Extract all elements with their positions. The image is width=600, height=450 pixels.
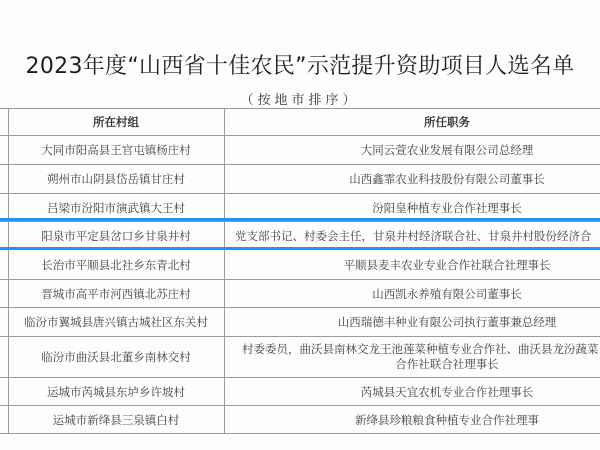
table-column-divider (8, 108, 9, 434)
document-subtitle: （按地市排序） (0, 89, 600, 108)
village-cell: 阳泉市平定县岔口乡甘泉井村 (8, 222, 224, 249)
table-row: 大同市阳高县王官屯镇杨庄村 大同云萱农业发展有限公司总经理 (0, 135, 600, 164)
position-cell: 平顺县麦丰农业专业合作社联合社理事长 (224, 250, 600, 279)
position-header: 所任职务 (224, 109, 600, 135)
document-title: 2023年度“山西省十佳农民”示范提升资助项目人选名单 (0, 49, 600, 80)
table-row: 运城市芮城县东垆乡许坡村 芮城县天宜农机专业合作社理事长 (0, 377, 600, 405)
village-cell: 晋城市高平市河西镇北苏庄村 (8, 280, 224, 307)
position-cell: 山西凯永养殖有限公司董事长 (224, 280, 600, 307)
index-header-cell (0, 109, 8, 135)
position-cell: 大同云萱农业发展有限公司总经理 (224, 136, 600, 164)
position-line-1: 村委委员，曲沃县南林交龙王池莲菜种植专业合作社、曲沃县龙汾蔬菜 (224, 342, 600, 357)
table-row: 临汾市翼城县唐兴镇古城社区东关村 山西瑞德丰种业有限公司执行董事兼总经理 (0, 307, 600, 336)
table-row: 吕梁市汾阳市演武镇大王村 汾阳皇种植专业合作社理事长 (0, 193, 600, 221)
table-header-row: 所在村组 所任职务 (0, 108, 600, 135)
table-row: 晋城市高平市河西镇北苏庄村 山西凯永养殖有限公司董事长 (0, 279, 600, 307)
village-header: 所在村组 (8, 109, 224, 135)
position-cell: 新绛县珍粮粮食种植专业合作社理事 (224, 406, 600, 433)
table-row: 朔州市山阴县岱岳镇甘庄村 山西鑫霏农业科技股份有限公司董事长 (0, 164, 600, 193)
village-cell: 吕梁市汾阳市演武镇大王村 (8, 194, 224, 221)
table-column-divider (224, 108, 225, 434)
table-row: 临汾市曲沃县北董乡南林交村 村委委员，曲沃县南林交龙王池莲菜种植专业合作社、曲沃… (0, 336, 600, 377)
village-cell: 大同市阳高县王官屯镇杨庄村 (8, 136, 224, 164)
position-cell: 山西鑫霏农业科技股份有限公司董事长 (224, 165, 600, 193)
position-cell: 山西瑞德丰种业有限公司执行董事兼总经理 (224, 308, 600, 336)
position-cell: 汾阳皇种植专业合作社理事长 (224, 194, 600, 221)
village-cell: 运城市芮城县东垆乡许坡村 (8, 378, 224, 405)
position-cell: 芮城县天宜农机专业合作社理事长 (224, 378, 600, 405)
village-cell: 运城市新绛县三泉镇白村 (8, 406, 224, 433)
position-cell: 村委委员，曲沃县南林交龙王池莲菜种植专业合作社、曲沃县龙汾蔬菜 合作社联合社理事… (224, 337, 600, 377)
table-row-highlighted: 阳泉市平定县岔口乡甘泉井村 党支部书记、村委会主任，甘泉井村经济联合社、甘泉井村… (0, 221, 600, 249)
position-line-2: 合作社联合社理事长 (224, 357, 600, 372)
village-cell: 长治市平顺县北社乡东青北村 (8, 250, 224, 279)
village-cell: 朔州市山阴县岱岳镇甘庄村 (8, 165, 224, 193)
village-cell: 临汾市曲沃县北董乡南林交村 (8, 337, 224, 377)
village-cell: 临汾市翼城县唐兴镇古城社区东关村 (8, 308, 224, 336)
highlight-line-bottom (0, 247, 600, 250)
highlight-line-top (0, 218, 600, 221)
table-row: 运城市新绛县三泉镇白村 新绛县珍粮粮食种植专业合作社理事 (0, 405, 600, 434)
position-cell: 党支部书记、村委会主任，甘泉井村经济联合社、甘泉井村股份经济合 (224, 222, 600, 249)
table-row: 长治市平顺县北社乡东青北村 平顺县麦丰农业专业合作社联合社理事长 (0, 249, 600, 279)
